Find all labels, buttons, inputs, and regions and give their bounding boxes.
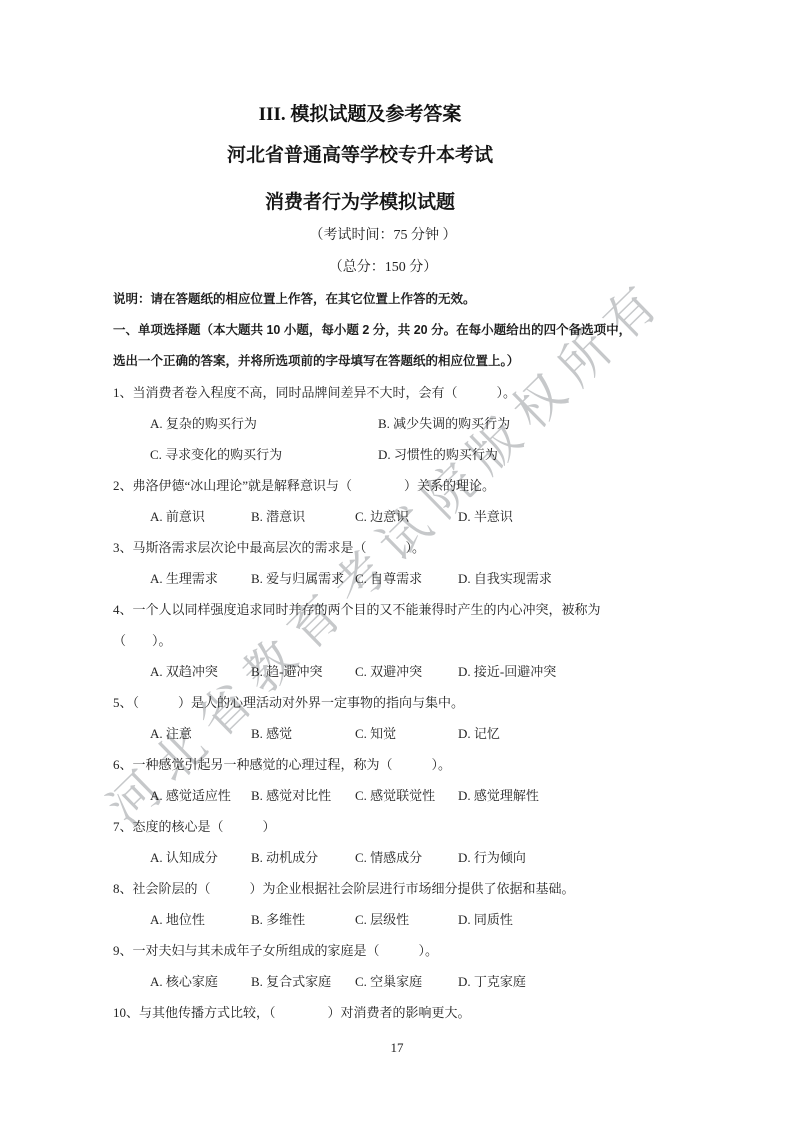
option-item: C. 空巢家庭 [355, 966, 458, 997]
option-row: A. 复杂的购买行为B. 减少失调的购买行为 [113, 408, 723, 439]
option-item: D. 习惯性的购买行为 [378, 439, 498, 470]
question-stem: 5、（ ）是人的心理活动对外界一定事物的指向与集中。 [113, 687, 723, 718]
question-stem: 4、一个人以同样强度追求同时并存的两个目的又不能兼得时产生的内心冲突，被称为 [113, 594, 723, 625]
option-item: C. 知觉 [355, 718, 458, 749]
question-stem: 3、马斯洛需求层次论中最高层次的需求是（ ）。 [113, 532, 723, 563]
question-stem: （ ）。 [113, 625, 723, 656]
option-row: A. 双趋冲突B. 趋-避冲突C. 双避冲突D. 接近-回避冲突 [113, 656, 723, 687]
option-item: D. 自我实现需求 [458, 563, 552, 594]
option-item: A. 感觉适应性 [150, 780, 251, 811]
option-item: D. 行为倾向 [458, 842, 526, 873]
exam-page: 河北省教育考试院版权所有 III. 模拟试题及参考答案 河北省普通高等学校专升本… [0, 0, 794, 1123]
option-item: B. 爱与归属需求 [251, 563, 355, 594]
option-row: A. 感觉适应性B. 感觉对比性C. 感觉联觉性D. 感觉理解性 [113, 780, 723, 811]
question-stem: 1、当消费者卷入程度不高，同时品牌间差异不大时，会有（ ）。 [113, 377, 723, 408]
exam-body: 说明：请在答题纸的相应位置上作答，在其它位置上作答的无效。一、单项选择题（本大题… [113, 284, 723, 1028]
question-stem: 8、社会阶层的（ ）为企业根据社会阶层进行市场细分提供了依据和基础。 [113, 873, 723, 904]
exam-total-score: （总分：150 分） [0, 258, 780, 277]
option-item: A. 核心家庭 [150, 966, 251, 997]
exam-duration: （考试时间：75 分钟 ） [0, 226, 780, 245]
option-item: C. 双避冲突 [355, 656, 458, 687]
option-item: A. 前意识 [150, 501, 251, 532]
option-item: C. 寻求变化的购买行为 [150, 439, 378, 470]
instruction-line: 选出一个正确的答案，并将所选项前的字母填写在答题纸的相应位置上。） [113, 346, 723, 377]
option-row: A. 前意识B. 潜意识C. 边意识D. 半意识 [113, 501, 723, 532]
option-row: A. 注意B. 感觉C. 知觉D. 记忆 [113, 718, 723, 749]
question-stem: 7、态度的核心是（ ） [113, 811, 723, 842]
option-item: A. 复杂的购买行为 [150, 408, 378, 439]
option-item: A. 认知成分 [150, 842, 251, 873]
option-item: C. 情感成分 [355, 842, 458, 873]
option-item: B. 复合式家庭 [251, 966, 355, 997]
option-item: A. 双趋冲突 [150, 656, 251, 687]
option-row: C. 寻求变化的购买行为D. 习惯性的购买行为 [113, 439, 723, 470]
option-item: A. 注意 [150, 718, 251, 749]
option-item: D. 记忆 [458, 718, 500, 749]
option-item: C. 自尊需求 [355, 563, 458, 594]
option-item: B. 趋-避冲突 [251, 656, 355, 687]
option-item: D. 半意识 [458, 501, 513, 532]
question-stem: 6、一种感觉引起另一种感觉的心理过程，称为（ ）。 [113, 749, 723, 780]
option-item: C. 边意识 [355, 501, 458, 532]
option-item: B. 动机成分 [251, 842, 355, 873]
exam-header: III. 模拟试题及参考答案 河北省普通高等学校专升本考试 消费者行为学模拟试题… [0, 0, 794, 277]
option-row: A. 认知成分B. 动机成分C. 情感成分D. 行为倾向 [113, 842, 723, 873]
option-item: B. 减少失调的购买行为 [378, 408, 510, 439]
section-title: III. 模拟试题及参考答案 [0, 103, 757, 127]
option-item: A. 生理需求 [150, 563, 251, 594]
paper-title: 消费者行为学模拟试题 [0, 190, 757, 216]
question-stem: 2、弗洛伊德“冰山理论”就是解释意识与（ ）关系的理论。 [113, 470, 723, 501]
option-item: A. 地位性 [150, 904, 251, 935]
instruction-line: 一、单项选择题（本大题共 10 小题，每小题 2 分，共 20 分。在每小题给出… [113, 315, 723, 346]
option-item: B. 感觉对比性 [251, 780, 355, 811]
exam-title: 河北省普通高等学校专升本考试 [0, 143, 757, 169]
question-stem: 10、与其他传播方式比较，（ ）对消费者的影响更大。 [113, 997, 723, 1028]
option-item: B. 潜意识 [251, 501, 355, 532]
page-number: 17 [0, 1040, 794, 1056]
option-item: C. 感觉联觉性 [355, 780, 458, 811]
option-item: B. 感觉 [251, 718, 355, 749]
option-row: A. 地位性B. 多维性C. 层级性D. 同质性 [113, 904, 723, 935]
option-item: C. 层级性 [355, 904, 458, 935]
option-row: A. 生理需求B. 爱与归属需求C. 自尊需求D. 自我实现需求 [113, 563, 723, 594]
option-item: D. 同质性 [458, 904, 513, 935]
option-item: D. 接近-回避冲突 [458, 656, 556, 687]
question-stem: 9、一对夫妇与其未成年子女所组成的家庭是（ ）。 [113, 935, 723, 966]
instruction-line: 说明：请在答题纸的相应位置上作答，在其它位置上作答的无效。 [113, 284, 723, 315]
option-item: D. 丁克家庭 [458, 966, 526, 997]
option-item: D. 感觉理解性 [458, 780, 539, 811]
option-row: A. 核心家庭B. 复合式家庭C. 空巢家庭D. 丁克家庭 [113, 966, 723, 997]
option-item: B. 多维性 [251, 904, 355, 935]
